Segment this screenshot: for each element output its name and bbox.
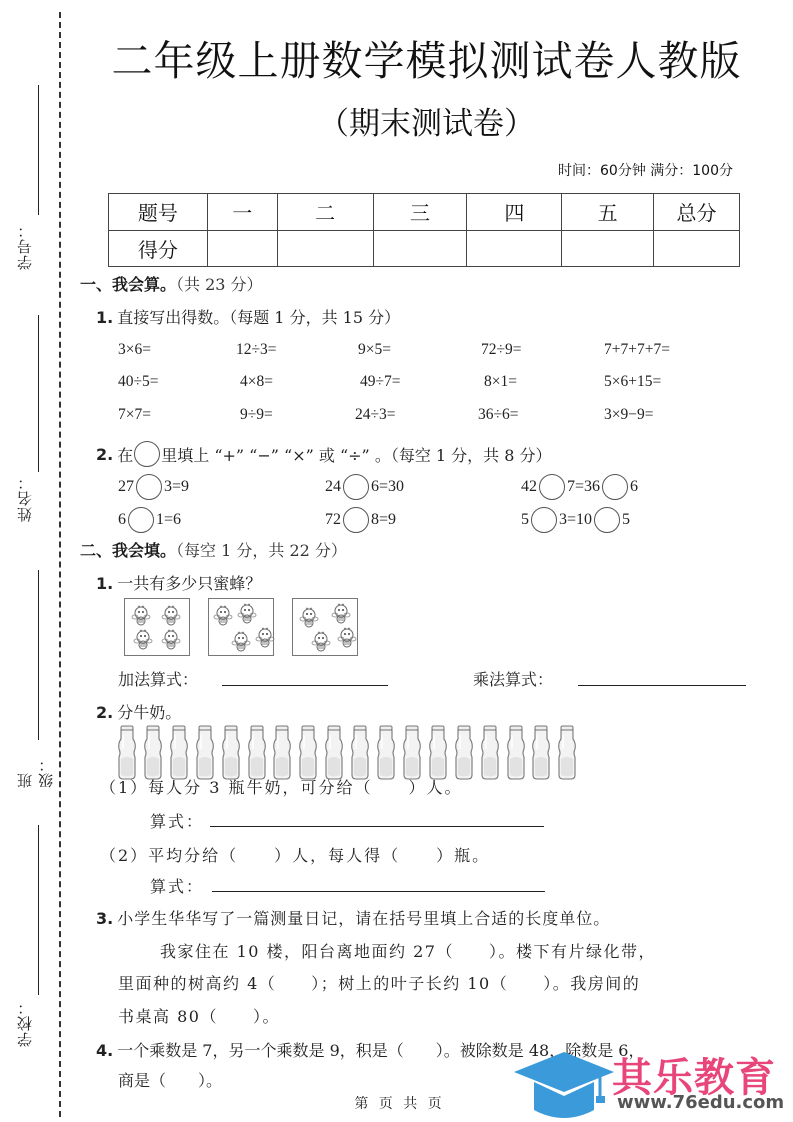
milk-bottle-icon: [557, 725, 577, 780]
symbol-item-2: 246=30: [325, 474, 404, 500]
section2-points: （每空 1 分，共 22 分）: [176, 541, 347, 560]
calc-r1-c1: 3×6=: [118, 341, 151, 359]
score-table-header-row: 题号 一 二 三 四 五 总分: [109, 194, 740, 231]
header-cell-2: 二: [277, 194, 373, 231]
score-cell-3[interactable]: [373, 230, 467, 267]
calc-r3-c5: 3×9−9=: [604, 406, 653, 424]
operand-a: 5: [521, 511, 529, 529]
milk-bottle-icon: [376, 725, 396, 780]
school-label: 学校：: [14, 999, 44, 1047]
calc-r2-c4: 8×1=: [484, 373, 517, 391]
calc-r3-c3: 24÷3=: [355, 406, 396, 424]
margin-field-school: 学校：: [14, 823, 44, 1053]
header-cell-3: 三: [373, 194, 467, 231]
s2-q4-number: 4.: [96, 1041, 113, 1060]
score-cell-1[interactable]: [207, 230, 277, 267]
operand-c: 5: [622, 511, 630, 529]
bee-icon: [337, 627, 357, 649]
section2-title: 二、我会填。: [80, 541, 176, 560]
bee-icon: [131, 605, 151, 627]
addition-label: 加法算式：: [118, 667, 198, 690]
milk-bottle-icon: [117, 725, 137, 780]
milk-bottle-icon: [324, 725, 344, 780]
s2-q2-sub1-formula-label: 算式：: [150, 809, 204, 832]
milk-bottle-icon: [143, 725, 163, 780]
s1-q2-text-after: 里填上 “+” “−” “×” 或 “÷” 。（每空 1 分，共 8 分）: [161, 443, 551, 466]
milk-bottle-icon: [350, 725, 370, 780]
sub2-formula-line[interactable]: [212, 891, 545, 892]
class-label: 班级：: [14, 742, 44, 788]
score-row-label: 得分: [109, 230, 208, 267]
operand-a: 72: [325, 511, 341, 529]
symbol-blank[interactable]: [602, 474, 628, 500]
s2-q3-prompt: 3.小学生华华写了一篇测量日记，请在括号里填上合适的长度单位。: [96, 906, 610, 929]
school-input-line[interactable]: [38, 825, 39, 995]
s1-q2-text-before: 在: [117, 443, 133, 466]
margin-field-class: 班级：: [14, 568, 44, 788]
milk-bottle-icon: [247, 725, 267, 780]
circle-icon: [134, 441, 160, 467]
watermark-url: www.76edu.com: [617, 1092, 784, 1113]
header-cell-1: 一: [207, 194, 277, 231]
calc-r2-c1: 40÷5=: [118, 373, 159, 391]
s2-q1-prompt: 1.一共有多少只蜜蜂？: [96, 571, 261, 594]
operand-a: 42: [521, 478, 537, 496]
s2-q2-sub1: （1）每人分 3 瓶牛奶，可分给（ ）人。: [100, 775, 463, 798]
s2-q3-line2: 里面种的树高约 4（ ）；树上的叶子长约 10（ ）。我房间的: [118, 971, 640, 994]
time-info: 时间：60分钟 满分：100分: [558, 160, 733, 180]
section1-heading: 一、我会算。（共 23 分）: [80, 272, 263, 295]
operand-a: 24: [325, 478, 341, 496]
name-input-line[interactable]: [38, 315, 39, 472]
bee-group-box: [124, 598, 190, 656]
name-label: 姓名：: [14, 474, 44, 522]
score-table: 题号 一 二 三 四 五 总分 得分: [108, 193, 740, 267]
header-cell-5: 五: [562, 194, 654, 231]
operand-a: 27: [118, 478, 134, 496]
binding-dashed-line: [59, 12, 61, 1117]
bee-icon: [311, 631, 331, 653]
student-id-label: 学号：: [14, 222, 44, 270]
header-cell-4: 四: [467, 194, 562, 231]
s2-q2-number: 2.: [96, 703, 113, 722]
operand-b: 3=10: [559, 511, 592, 529]
s2-q4-line2: 商是（ ）。: [118, 1068, 222, 1091]
calc-r2-c2: 4×8=: [240, 373, 273, 391]
calc-r2-c5: 5×6+15=: [604, 373, 661, 391]
calc-r3-c2: 9÷9=: [240, 406, 273, 424]
page-title: 二年级上册数学模拟测试卷人教版: [0, 28, 793, 87]
symbol-item-3: 427=366: [521, 474, 638, 500]
symbol-item-5: 728=9: [325, 507, 396, 533]
milk-bottle-icon: [272, 725, 292, 780]
operand-b: 3=9: [164, 478, 189, 496]
symbol-blank[interactable]: [343, 507, 369, 533]
symbol-blank[interactable]: [128, 507, 154, 533]
s2-q3-line1: 我家住在 10 楼，阳台离地面约 27（ ）。楼下有片绿化带，: [160, 939, 656, 962]
calc-r1-c5: 7+7+7+7=: [604, 341, 670, 359]
symbol-blank[interactable]: [531, 507, 557, 533]
bee-group-box: [292, 598, 358, 656]
s1-q1-number: 1.: [96, 308, 113, 327]
addition-answer-line[interactable]: [222, 685, 388, 686]
s2-q2-sub2: （2）平均分给（ ）人，每人得（ ）瓶。: [100, 843, 490, 866]
page-subtitle: （期末测试卷）: [0, 98, 793, 143]
bee-group-box: [208, 598, 274, 656]
score-cell-total[interactable]: [654, 230, 740, 267]
milk-bottle-icon: [531, 725, 551, 780]
operand-a: 6: [118, 511, 126, 529]
milk-bottle-icon: [402, 725, 422, 780]
graduation-cap-icon: [512, 1048, 616, 1120]
s2-q1-number: 1.: [96, 574, 113, 593]
s2-q1-text: 一共有多少只蜜蜂？: [117, 574, 261, 593]
score-cell-5[interactable]: [562, 230, 654, 267]
calc-r1-c3: 9×5=: [358, 341, 391, 359]
milk-bottle-icon: [506, 725, 526, 780]
score-cell-2[interactable]: [277, 230, 373, 267]
milk-bottle-icon: [428, 725, 448, 780]
s2-q3-line3: 书桌高 80（ ）。: [118, 1004, 280, 1027]
score-cell-4[interactable]: [467, 230, 562, 267]
milk-bottle-icon: [480, 725, 500, 780]
operand-c: 6: [630, 478, 638, 496]
symbol-item-6: 53=105: [521, 507, 630, 533]
s1-q2-prompt: 2. 在 里填上 “+” “−” “×” 或 “÷” 。（每空 1 分，共 8 …: [96, 441, 552, 467]
s2-q2-sub2-formula-label: 算式：: [150, 874, 204, 897]
bee-icon: [161, 605, 181, 627]
calc-r3-c1: 7×7=: [118, 406, 151, 424]
milk-bottle-icon: [169, 725, 189, 780]
bee-icon: [231, 631, 251, 653]
margin-field-name: 姓名：: [14, 312, 44, 522]
milk-bottle-icon: [195, 725, 215, 780]
score-table-score-row: 得分: [109, 230, 740, 267]
bee-icon: [331, 603, 351, 625]
symbol-blank[interactable]: [343, 474, 369, 500]
header-cell-label: 题号: [109, 194, 208, 231]
symbol-item-4: 61=6: [118, 507, 181, 533]
operand-b: 8=9: [371, 511, 396, 529]
header-cell-total: 总分: [654, 194, 740, 231]
calc-r3-c4: 36÷6=: [478, 406, 519, 424]
symbol-blank[interactable]: [594, 507, 620, 533]
symbol-item-1: 273=9: [118, 474, 189, 500]
operand-b: 1=6: [156, 511, 181, 529]
bee-icon: [255, 627, 275, 649]
section1-points: （共 23 分）: [176, 275, 263, 294]
calc-r1-c2: 12÷3=: [236, 341, 277, 359]
s2-q2-text: 分牛奶。: [117, 703, 181, 722]
operand-b: 6=30: [371, 478, 404, 496]
bee-icon: [299, 607, 319, 629]
s2-q3-text: 小学生华华写了一篇测量日记，请在括号里填上合适的长度单位。: [117, 909, 610, 928]
s2-q2-prompt: 2.分牛奶。: [96, 700, 181, 723]
section1-title: 一、我会算。: [80, 275, 176, 294]
symbol-blank[interactable]: [136, 474, 162, 500]
multiplication-answer-line[interactable]: [578, 685, 746, 686]
milk-bottle-icon: [221, 725, 241, 780]
calc-r1-c4: 72÷9=: [481, 341, 522, 359]
sub1-formula-line[interactable]: [210, 826, 544, 827]
operand-b: 7=36: [567, 478, 600, 496]
s2-q3-number: 3.: [96, 909, 113, 928]
s1-q1-prompt: 1.直接写出得数。（每题 1 分，共 15 分）: [96, 305, 400, 328]
calc-r2-c3: 49÷7=: [360, 373, 401, 391]
milk-bottle-icon: [298, 725, 318, 780]
s1-q2-number: 2.: [96, 445, 113, 464]
bee-icon: [161, 629, 181, 651]
class-input-line[interactable]: [38, 570, 39, 740]
milk-bottle-icon: [454, 725, 474, 780]
multiplication-label: 乘法算式：: [473, 667, 553, 690]
bee-icon: [237, 603, 257, 625]
bee-icon: [133, 629, 153, 651]
section2-heading: 二、我会填。（每空 1 分，共 22 分）: [80, 538, 347, 561]
s1-q1-text: 直接写出得数。（每题 1 分，共 15 分）: [117, 308, 400, 327]
bee-icon: [213, 605, 233, 627]
symbol-blank[interactable]: [539, 474, 565, 500]
